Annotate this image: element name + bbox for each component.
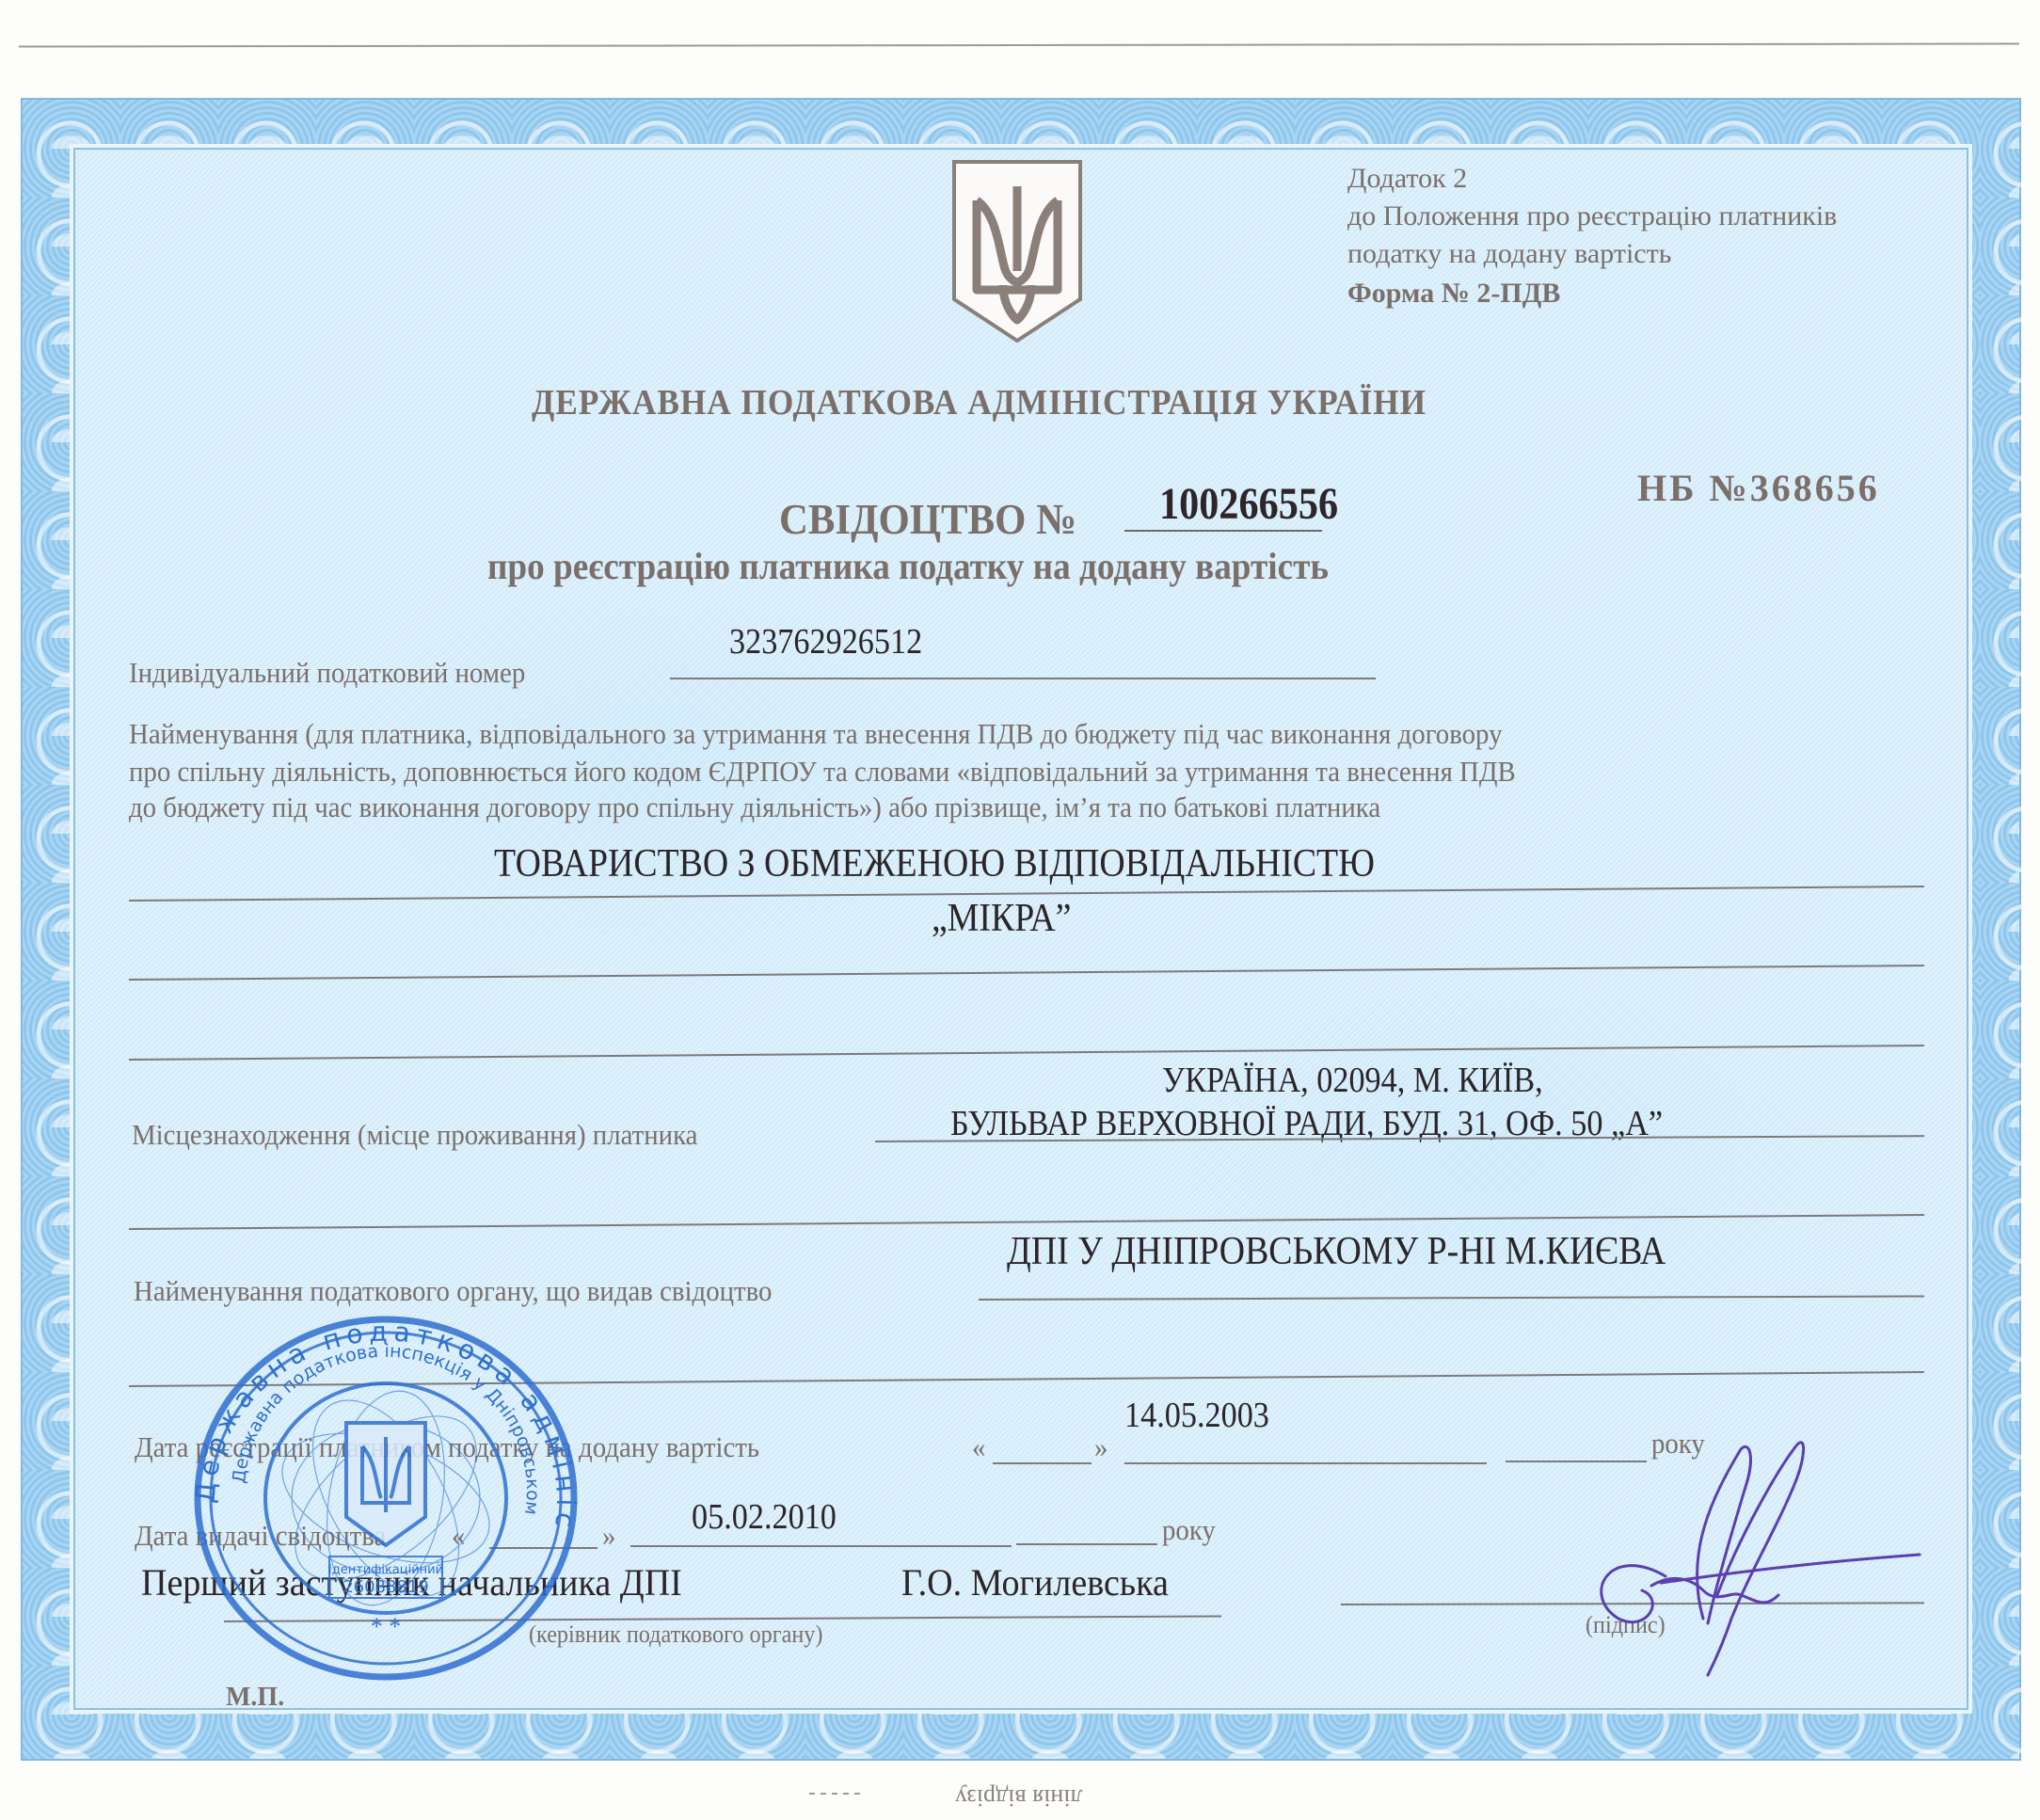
issue-year-suffix: року <box>1162 1513 1216 1547</box>
certificate-number: 100266556 <box>1159 478 1338 530</box>
registration-open-quote: « <box>972 1430 985 1464</box>
certificate-subtitle: про реєстрацію платника податку на додан… <box>487 544 1329 588</box>
authority-value: ДПІ У ДНІПРОВСЬКОМУ Р-НІ М.КИЄВА <box>1007 1229 1665 1274</box>
certificate-label: СВІДОЦТВО № <box>779 494 1076 544</box>
form-number: Форма № 2-ПДВ <box>1347 275 1560 312</box>
name-label-line-3: до бюджету під час виконання договору пр… <box>129 790 1380 824</box>
appendix-line-3: податку на додану вартість <box>1347 235 1671 273</box>
appendix-title: Додаток 2 <box>1347 160 1467 198</box>
name-label-line-2: про спільну діяльність, доповнюється йог… <box>129 755 1516 789</box>
issue-close-quote: » <box>602 1519 615 1553</box>
name-label-line-1: Найменування (для платника, відповідальн… <box>129 717 1503 751</box>
registration-day-blank <box>993 1462 1092 1464</box>
address-line-1: УКРАЇНА, 02094, М. КИЇВ, <box>1162 1060 1543 1101</box>
agency-title: ДЕРЖАВНА ПОДАТКОВА АДМІНІСТРАЦІЯ УКРАЇНИ <box>532 382 1426 423</box>
issue-month-blank <box>630 1545 1012 1547</box>
issue-date-value: 05.02.2010 <box>692 1496 837 1538</box>
inn-label: Індивідуальний податковий номер <box>129 656 525 690</box>
registration-month-blank <box>1124 1462 1487 1464</box>
authority-label: Найменування податкового органу, що вида… <box>134 1274 772 1308</box>
svg-text:26088819: 26088819 <box>343 1577 429 1597</box>
seal-place-label: М.П. <box>226 1683 284 1713</box>
signatory-name: Г.О. Могилевська <box>901 1560 1169 1604</box>
official-stamp-icon: Ідентифікаційний 26088819 Державна подат… <box>188 1310 583 1686</box>
certificate-number-rule <box>1124 530 1322 532</box>
handwritten-signature-icon <box>1553 1430 1929 1684</box>
issue-year-blank <box>1016 1543 1157 1545</box>
cut-mark <box>809 1793 866 1795</box>
series-number: НБ №368656 <box>1637 466 1880 510</box>
company-name-line-1: ТОВАРИСТВО З ОБМЕЖЕНОЮ ВІДПОВІДАЛЬНІСТЮ <box>494 841 1375 886</box>
registration-close-quote: » <box>1094 1430 1108 1464</box>
cut-line-label: лінія відрізу <box>955 1783 1082 1812</box>
svg-text:Ідентифікаційний: Ідентифікаційний <box>328 1563 443 1577</box>
appendix-line-2: до Положення про реєстрацію платників <box>1347 198 1837 235</box>
top-edge-rule <box>19 43 2019 48</box>
location-label: Місцезнаходження (місце проживання) плат… <box>132 1118 697 1152</box>
company-name-line-2: „МІКРА” <box>932 896 1071 941</box>
trident-emblem-icon <box>950 158 1084 344</box>
svg-text:* *: * * <box>371 1613 402 1640</box>
inn-value: 323762926512 <box>729 621 922 663</box>
inn-rule <box>670 678 1376 679</box>
registration-date-value: 14.05.2003 <box>1124 1395 1269 1436</box>
